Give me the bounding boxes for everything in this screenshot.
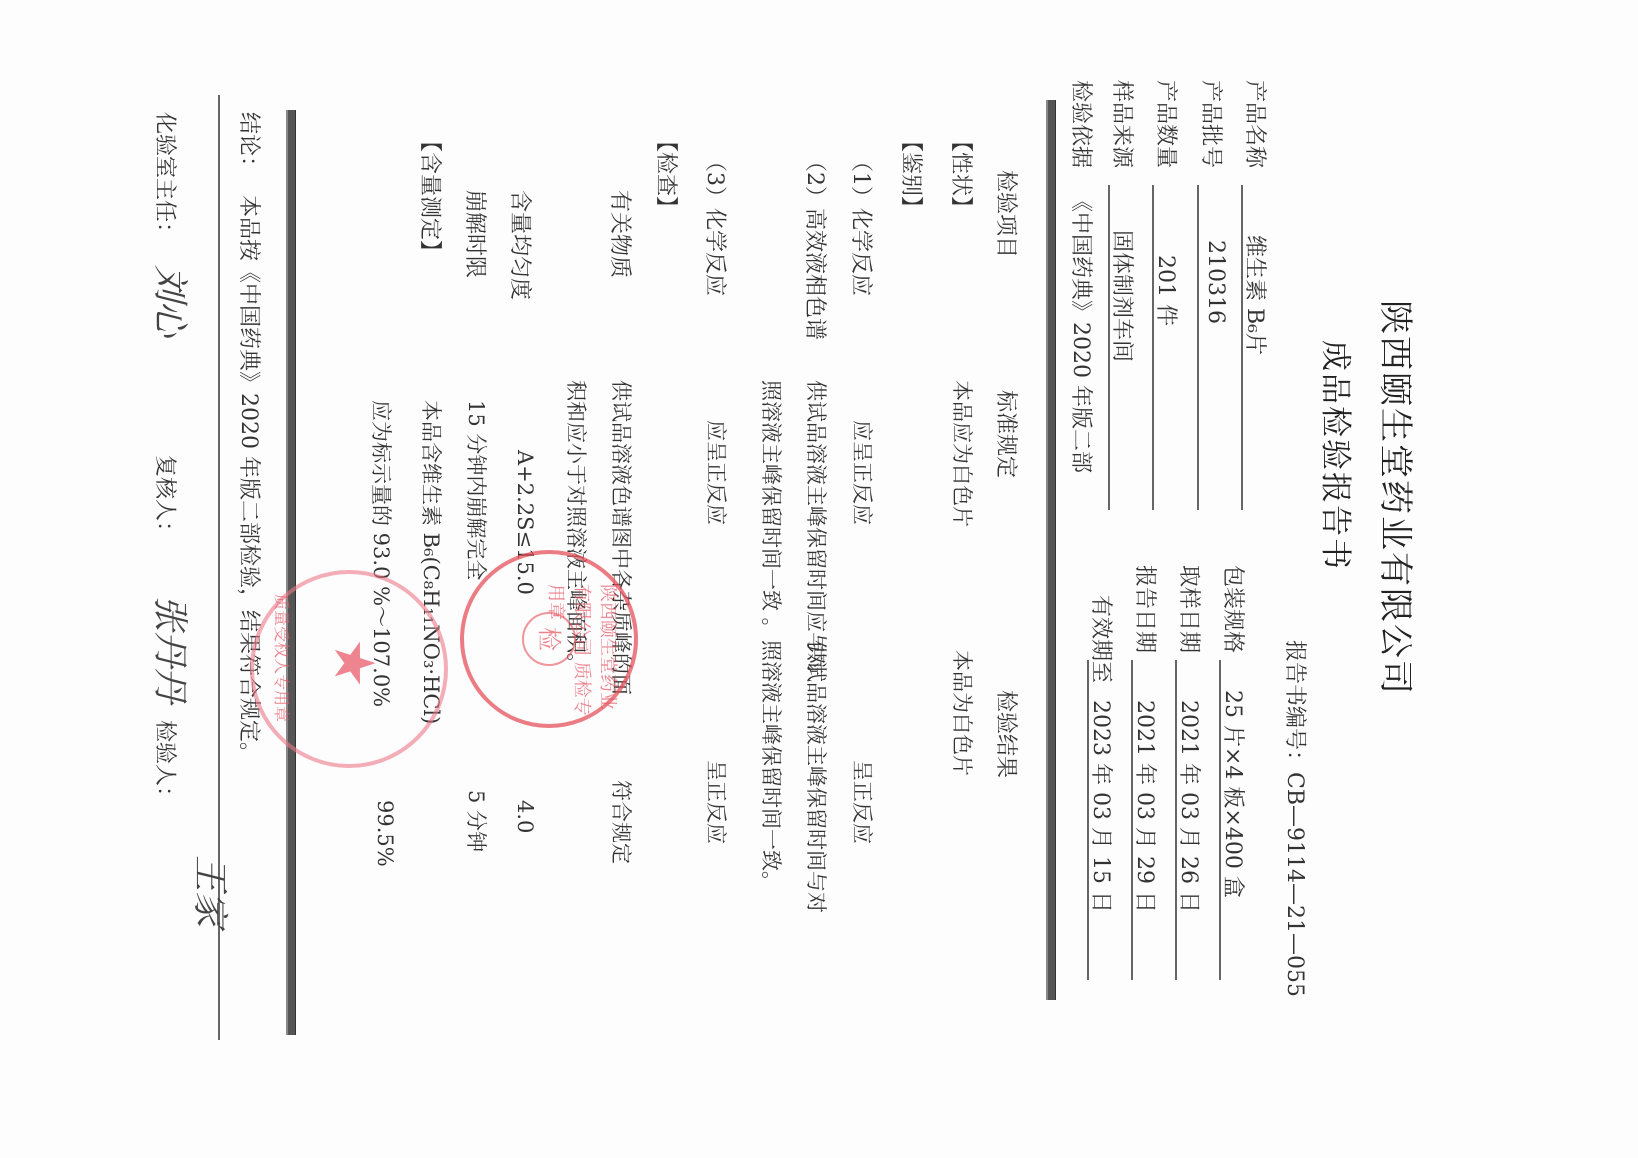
stamp-text: 质量受权人专用章 (271, 594, 294, 722)
source-value: 固体制剂车间 (1108, 230, 1139, 362)
report-date-label: 报告日期 (1131, 565, 1162, 653)
row-result: 照溶液主峰保留时间一致。 (757, 640, 787, 892)
report-number-value: CB—9114—21—055 (1282, 772, 1307, 997)
underline (1197, 185, 1199, 510)
batch-value: 210316 (1203, 240, 1228, 324)
underline (1131, 660, 1133, 980)
company-name: 陕西颐生堂药业有限公司 (1374, 300, 1423, 696)
expiry-value: 2023 年 03 月 15 日 (1087, 700, 1118, 913)
row-item: 【性状】 (947, 130, 978, 218)
row-item: （2）高效液相色谱 (801, 150, 832, 340)
sampling-date-value: 2021 年 03 月 26 日 (1175, 700, 1206, 913)
reviewer-label: 复核人： (151, 455, 182, 543)
qa-stamp: ★ 质量受权人专用章 (250, 570, 448, 768)
col-header-item: 检验项目 (992, 170, 1023, 258)
section-rule (1046, 100, 1056, 1000)
stamp-center-icon: 检 (522, 612, 576, 666)
report-number-label: 报告书编号： (1282, 640, 1307, 772)
row-item: 【检查】 (652, 130, 683, 218)
report-number: 报告书编号：CB—9114—21—055 (1281, 640, 1312, 997)
quantity-value: 201 件 (1152, 255, 1183, 326)
row-item: （3）化学反应 (701, 150, 732, 296)
inspector-signature: 王家 (187, 855, 238, 927)
row-standard: 应呈正反应 (848, 420, 878, 525)
report-date-value: 2021 年 03 月 29 日 (1131, 700, 1162, 913)
package-label: 包装规格 (1219, 565, 1250, 653)
row-item: 崩解时限 (461, 190, 492, 278)
conclusion-label: 结论： (235, 112, 266, 178)
report-title: 成品检验报告书 (1316, 340, 1361, 571)
row-result: 符合规定 (607, 780, 637, 864)
row-result: 5 分钟 (462, 790, 492, 852)
inspector-label: 检验人： (151, 720, 182, 808)
sampling-date-label: 取样日期 (1175, 565, 1206, 653)
source-label: 样品来源 (1108, 80, 1139, 168)
lab-director-label: 化验室主任： (151, 112, 182, 244)
underline (1241, 185, 1243, 510)
underline (1087, 660, 1089, 980)
col-header-standard: 标准规定 (992, 390, 1023, 478)
product-name-label: 产品名称 (1241, 80, 1272, 168)
row-result: 本品为白色片 (948, 650, 978, 776)
quantity-label: 产品数量 (1152, 80, 1183, 168)
row-result: 呈正反应 (848, 760, 878, 844)
row-standard: 供试品溶液主峰保留时间应与对 (802, 380, 832, 674)
batch-label: 产品批号 (1197, 80, 1228, 168)
underline (1175, 660, 1177, 980)
basis-value: 《中国药典》2020 年版二部 (1067, 190, 1098, 473)
underline (1108, 185, 1110, 510)
product-name-value: 维生素 B₆片 (1241, 235, 1272, 355)
row-result: 呈正反应 (702, 760, 732, 844)
row-standard: 应呈正反应 (702, 420, 732, 525)
row-standard: 照溶液主峰保留时间一致 。 (757, 380, 787, 639)
row-result: 供试品溶液主峰保留时间与对 (802, 640, 832, 913)
row-item: 有关物质 (606, 190, 637, 278)
basis-label: 检验依据 (1067, 80, 1098, 168)
qc-stamp: 陕西颐生堂药业有限公司 质检专用章 检 (460, 550, 638, 728)
reviewer-signature: 张丹丹 (147, 595, 198, 703)
expiry-label: 有效期至 (1087, 595, 1118, 683)
package-value: 25 片×4 板×400 盒 (1219, 690, 1250, 898)
row-result: 4.0 (513, 800, 537, 833)
row-standard: 本品应为白色片 (948, 380, 978, 527)
section-rule (286, 110, 296, 1035)
row-result: 99.5% (373, 800, 397, 867)
lab-director-signature: 刘心 (147, 265, 198, 337)
row-item: 含量均匀度 (506, 190, 537, 300)
inspection-report-page: 陕西颐生堂药业有限公司 成品检验报告书 报告书编号：CB—9114—21—055… (0, 0, 1638, 1158)
row-item: （1）化学反应 (847, 150, 878, 296)
row-standard: 15 分钟内崩解完全 (462, 400, 492, 580)
col-header-result: 检验结果 (992, 690, 1023, 778)
underline (1219, 660, 1221, 980)
row-item: 【鉴别】 (897, 130, 928, 218)
star-icon: ★ (321, 638, 386, 688)
underline (1152, 185, 1154, 510)
row-item: 【含量测定】 (416, 130, 447, 262)
